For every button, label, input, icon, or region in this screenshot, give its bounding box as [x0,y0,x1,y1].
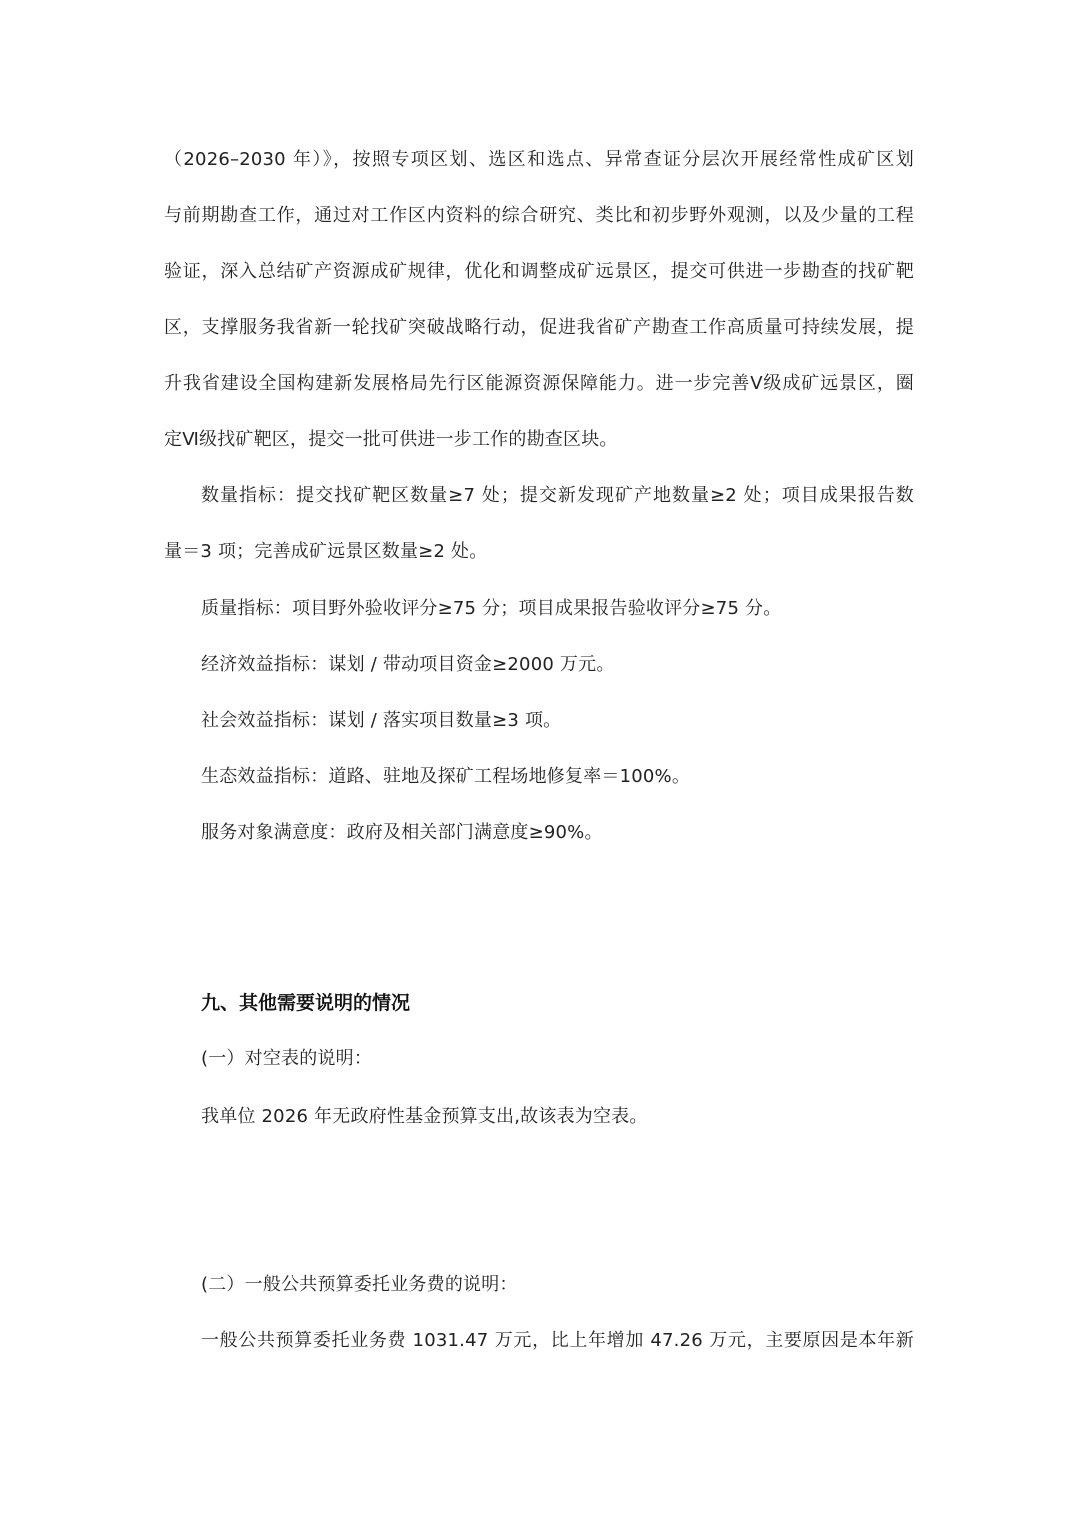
quantity-indicator-line: 数量指标：提交找矿靶区数量≥7 处；提交新发现矿产地数量≥2 处；项目成果报告数 [201,484,914,508]
quality-indicator: 质量指标：项目野外验收评分≥75 分；项目成果报告验收评分≥75 分。 [201,597,951,621]
social-indicator: 社会效益指标：谋划 / 落实项目数量≥3 项。 [201,709,951,733]
economic-indicator: 经济效益指标：谋划 / 带动项目资金≥2000 万元。 [201,653,951,677]
section-heading: 九、其他需要说明的情况 [201,990,410,1016]
subsection-title-empty-table: (一）对空表的说明： [201,1047,951,1071]
satisfaction-indicator: 服务对象满意度：政府及相关部门满意度≥90%。 [201,821,951,845]
subsection-title-commission-fee: (二）一般公共预算委托业务费的说明： [201,1273,951,1297]
paragraph-line: 验证，深入总结矿产资源成矿规律，优化和调整成矿远景区，提交可供进一步勘查的找矿靶 [164,260,914,284]
commission-fee-explanation: 一般公共预算委托业务费 1031.47 万元，比上年增加 47.26 万元，主要… [201,1329,914,1353]
paragraph-line: 区，支撑服务我省新一轮找矿突破战略行动，促进我省矿产勘查工作高质量可持续发展，提 [164,316,914,340]
paragraph-line: 定Ⅵ级找矿靶区，提交一批可供进一步工作的勘查区块。 [164,428,914,452]
quantity-indicator-line: 量＝3 项；完善成矿远景区数量≥2 处。 [164,540,914,564]
document-page: （2026–2030 年）》，按照专项区划、选区和选点、异常查证分层次开展经常性… [0,0,1074,1520]
paragraph-line: 升我省建设全国构建新发展格局先行区能源资源保障能力。进一步完善Ⅴ级成矿远景区，圈 [164,372,914,396]
paragraph-line: 与前期勘查工作，通过对工作区内资料的综合研究、类比和初步野外观测，以及少量的工程 [164,204,914,228]
ecological-indicator: 生态效益指标：道路、驻地及探矿工程场地修复率＝100%。 [201,765,951,789]
paragraph-line: （2026–2030 年）》，按照专项区划、选区和选点、异常查证分层次开展经常性… [164,148,914,172]
empty-table-explanation: 我单位 2026 年无政府性基金预算支出,故该表为空表。 [201,1105,951,1129]
